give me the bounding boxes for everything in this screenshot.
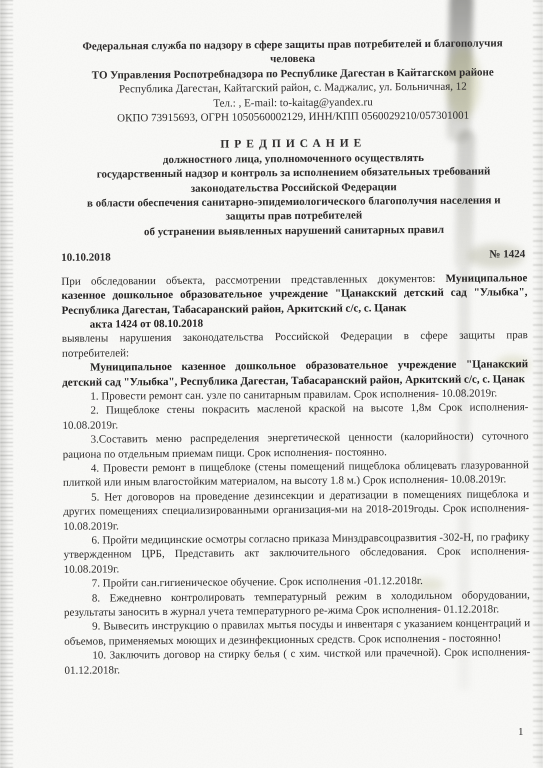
order-item: 10. Заключить договор на стирку белья ( … [64,645,530,677]
letterhead: Федеральная служба по надзору в сфере за… [60,36,527,126]
document-body: При обследовании объекта, рассмотрении п… [61,271,530,678]
intro-paragraph: При обследовании объекта, рассмотрении п… [61,271,527,318]
document-content: Федеральная служба по надзору в сфере за… [60,36,531,678]
order-item: 5. Нет договоров на проведение дезинсекц… [63,487,529,534]
document-date: 10.10.2018 [61,251,111,266]
order-item: 3.Составить меню распределения энергетич… [63,429,529,461]
intro-text: При обследовании объекта, рассмотрении п… [61,273,445,288]
agency-name: Федеральная служба по надзору в сфере за… [60,36,526,68]
document-number: № 1424 [489,247,525,262]
organization-paragraph: Муниципальное казенное дошкольное образо… [62,357,528,389]
page-number: 1 [518,726,524,738]
scanned-document-page: Федеральная служба по надзору в сфере за… [0,0,543,768]
organization-name: Муниципальное казенное дошкольное образо… [62,358,528,388]
order-item: 9. Вывесить инструкцию о правилах мытья … [64,617,530,649]
order-item: 6. Пройти медицинские осмотры согласно п… [63,530,529,577]
document-title-block: ПРЕДПИСАНИЕ должностного лица, уполномоч… [60,136,527,241]
order-item: 2. Пищеблоке стены покрасить масленой кр… [62,401,528,433]
document-meta-row: 10.10.2018 № 1424 [61,247,527,265]
office-codes: ОКПО 73915693, ОГРН 1050560002129, ИНН/К… [60,108,526,126]
order-item: 8. Ежедневно контролировать температурны… [64,588,530,620]
order-item: 4. Провести ремонт в пищеблоке (стены по… [63,458,529,490]
scan-edge-grain-right [533,0,543,768]
violations-statement: выявлены нарушения законодательства Росс… [62,328,528,360]
scan-edge-grain-left [0,0,13,768]
title-subline: об устранении выявленных нарушений санит… [61,222,527,240]
